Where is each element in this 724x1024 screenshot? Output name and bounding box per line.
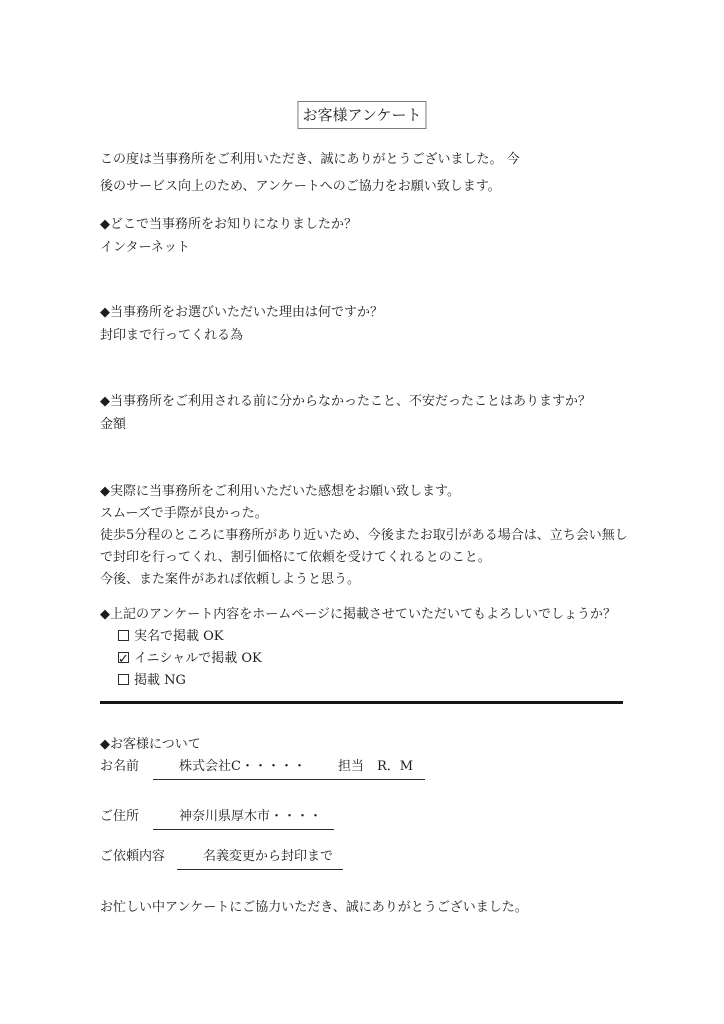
publish-option-initials: イニシャルで掲載 OK [100, 648, 634, 670]
question-4-text: ◆実際に当事務所をご利用いただいた感想をお願い致します。 [100, 481, 634, 503]
unchecked-checkbox-icon [118, 630, 129, 641]
publish-option-initials-label: イニシャルで掲載 OK [134, 651, 262, 666]
customer-name-value-underlined: 株式会社C・・・・・担当R．M [153, 756, 425, 780]
customer-address-value: 神奈川県厚木市・・・・ [179, 809, 322, 824]
publish-option-real-name-label: 実名で掲載 OK [134, 629, 224, 644]
question-3-text: ◆当事務所をご利用される前に分からなかったこと、不安だったことはありますか？ [100, 390, 634, 413]
customer-company-name: 株式会社C・・・・・ [179, 759, 306, 774]
customer-address-label: ご住所 [100, 809, 139, 824]
question-4-answer-line-2: 徒歩5分程のところに事務所があり近いため、今後またお取引がある場合は、立ち会い無… [100, 525, 634, 547]
question-3-answer: 金額 [100, 413, 634, 436]
publish-option-ng-label: 掲載 NG [134, 673, 186, 688]
closing-thanks-text: お忙しい中アンケートにご協力いただき、誠にありがとうございました。 [100, 897, 634, 919]
question-2-text: ◆当事務所をお選びいただいた理由は何ですか？ [100, 301, 634, 324]
section-divider-rule [100, 701, 623, 704]
question-block-impressions: ◆実際に当事務所をご利用いただいた感想をお願い致します。 スムーズで手際が良かっ… [100, 481, 634, 591]
customer-name-label: お名前 [100, 759, 139, 774]
question-2-answer: 封印まで行ってくれる為 [100, 324, 634, 347]
customer-request-row: ご依頼内容名義変更から封印まで [100, 846, 634, 870]
publish-option-ng: 掲載 NG [100, 670, 634, 692]
question-block-concerns: ◆当事務所をご利用される前に分からなかったこと、不安だったことはありますか？ 金… [100, 390, 634, 436]
intro-line-1: この度は当事務所をご利用いただき、誠にありがとうございました。 今 [100, 146, 634, 173]
customer-address-value-underlined: 神奈川県厚木市・・・・ [153, 806, 334, 830]
question-4-answer-line-1: スムーズで手際が良かった。 [100, 503, 634, 525]
customer-address-row: ご住所神奈川県厚木市・・・・ [100, 806, 634, 830]
question-4-answer-line-4: 今後、また案件があれば依頼しようと思う。 [100, 569, 634, 591]
customer-rep-label: 担当 [338, 759, 364, 774]
question-block-reason: ◆当事務所をお選びいただいた理由は何ですか？ 封印まで行ってくれる為 [100, 301, 634, 347]
question-block-publish: ◆上記のアンケート内容をホームページに掲載させていただいてもよろしいでしょうか？… [100, 604, 634, 692]
customer-request-value-underlined: 名義変更から封印まで [177, 846, 343, 870]
customer-name-row: お名前株式会社C・・・・・担当R．M [100, 756, 634, 780]
customer-info-section: ◆お客様について お名前株式会社C・・・・・担当R．M [100, 734, 634, 780]
intro-line-2: 後のサービス向上のため、アンケートへのご協力をお願い致します。 [100, 173, 634, 200]
customer-request-label: ご依頼内容 [100, 849, 165, 864]
question-1-answer: インターネット [100, 236, 634, 259]
checked-checkbox-icon [118, 652, 129, 663]
customer-rep-initials: R．M [377, 759, 413, 774]
survey-document-page: お客様アンケート この度は当事務所をご利用いただき、誠にありがとうございました。… [0, 0, 724, 1024]
question-4-answer-line-3: で封印を行ってくれ、割引価格にて依頼を受けてくれるとのこと。 [100, 547, 634, 569]
document-title: お客様アンケート [297, 101, 426, 129]
publish-option-real-name: 実名で掲載 OK [100, 626, 634, 648]
unchecked-checkbox-icon [118, 674, 129, 685]
question-block-source: ◆どこで当事務所をお知りになりましたか？ インターネット [100, 213, 634, 259]
question-5-text: ◆上記のアンケート内容をホームページに掲載させていただいてもよろしいでしょうか？ [100, 604, 634, 626]
customer-request-value: 名義変更から封印まで [203, 849, 333, 864]
intro-paragraph: この度は当事務所をご利用いただき、誠にありがとうございました。 今 後のサービス… [100, 146, 634, 200]
question-1-text: ◆どこで当事務所をお知りになりましたか？ [100, 213, 634, 236]
customer-section-heading: ◆お客様について [100, 734, 634, 756]
